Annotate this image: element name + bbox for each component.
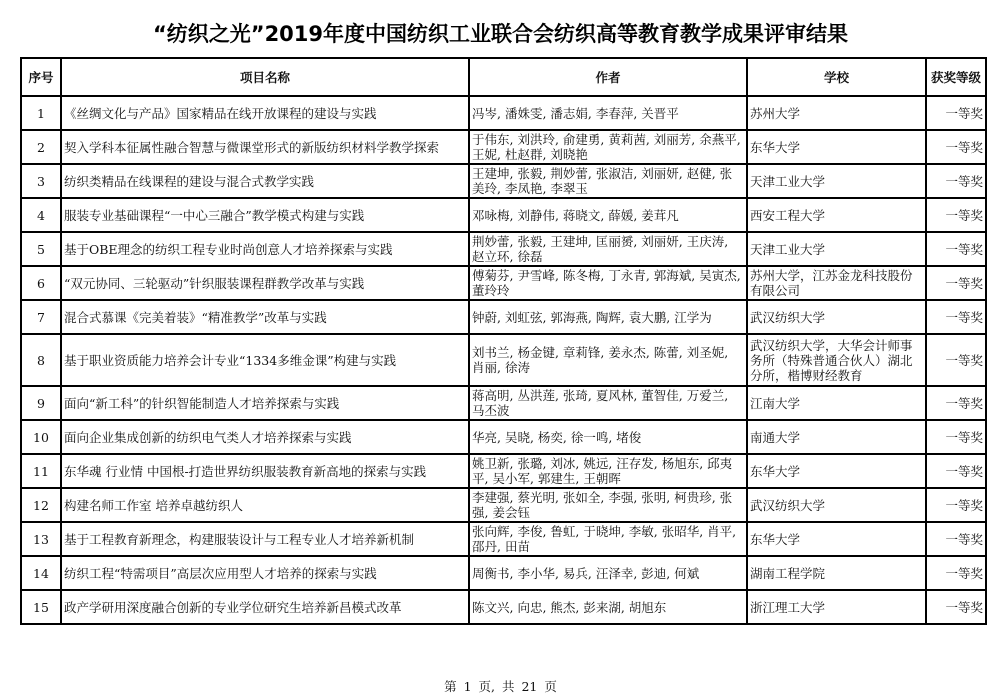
cell-award: 一等奖 bbox=[926, 198, 986, 232]
table-row: 13 基于工程教育新理念，构建服装设计与工程专业人才培养新机制 张向辉, 李俊,… bbox=[21, 522, 986, 556]
cell-authors: 刘书兰, 杨金键, 章莉锋, 姜永杰, 陈蕾, 刘圣妮, 肖丽, 徐涛 bbox=[469, 334, 747, 386]
cell-school: 东华大学 bbox=[747, 454, 926, 488]
table-row: 1 《丝绸文化与产品》国家精品在线开放课程的建设与实践 冯岑, 潘姝雯, 潘志娟… bbox=[21, 96, 986, 130]
cell-authors: 邓咏梅, 刘静伟, 蒋晓文, 薛媛, 姜茸凡 bbox=[469, 198, 747, 232]
table-row: 14 纺织工程“特需项目”高层次应用型人才培养的探索与实践 周衡书, 李小华, … bbox=[21, 556, 986, 590]
page-pagination: 第 1 页, 共 21 页 bbox=[0, 677, 1001, 695]
cell-project: 纺织工程“特需项目”高层次应用型人才培养的探索与实践 bbox=[61, 556, 469, 590]
cell-school: 天津工业大学 bbox=[747, 164, 926, 198]
cell-authors: 冯岑, 潘姝雯, 潘志娟, 李春萍, 关晋平 bbox=[469, 96, 747, 130]
cell-no: 5 bbox=[21, 232, 61, 266]
cell-award: 一等奖 bbox=[926, 164, 986, 198]
cell-no: 14 bbox=[21, 556, 61, 590]
cell-award: 一等奖 bbox=[926, 590, 986, 624]
cell-no: 1 bbox=[21, 96, 61, 130]
table-row: 3 纺织类精品在线课程的建设与混合式教学实践 王建坤, 张毅, 荆妙蕾, 张淑洁… bbox=[21, 164, 986, 198]
cell-school: 南通大学 bbox=[747, 420, 926, 454]
table-row: 7 混合式慕课《完美着装》“精准教学”改革与实践 钟蔚, 刘虹弦, 郭海燕, 陶… bbox=[21, 300, 986, 334]
cell-project: 基于OBE理念的纺织工程专业时尚创意人才培养探索与实践 bbox=[61, 232, 469, 266]
cell-school: 苏州大学，江苏金龙科技股份有限公司 bbox=[747, 266, 926, 300]
cell-authors: 周衡书, 李小华, 易兵, 汪泽幸, 彭迪, 何斌 bbox=[469, 556, 747, 590]
cell-authors: 王建坤, 张毅, 荆妙蕾, 张淑洁, 刘丽妍, 赵健, 张美玲, 李凤艳, 李翠… bbox=[469, 164, 747, 198]
cell-award: 一等奖 bbox=[926, 420, 986, 454]
cell-award: 一等奖 bbox=[926, 130, 986, 164]
cell-school: 浙江理工大学 bbox=[747, 590, 926, 624]
cell-authors: 陈文兴, 向忠, 熊杰, 彭来湖, 胡旭东 bbox=[469, 590, 747, 624]
cell-award: 一等奖 bbox=[926, 386, 986, 420]
cell-award: 一等奖 bbox=[926, 96, 986, 130]
cell-award: 一等奖 bbox=[926, 334, 986, 386]
cell-authors: 李建强, 蔡光明, 张如全, 李强, 张明, 柯贵珍, 张强, 姜会钰 bbox=[469, 488, 747, 522]
cell-school: 湖南工程学院 bbox=[747, 556, 926, 590]
table-row: 4 服装专业基础课程“一中心三融合”教学模式构建与实践 邓咏梅, 刘静伟, 蒋晓… bbox=[21, 198, 986, 232]
cell-project: 契入学科本征属性融合智慧与微课堂形式的新版纺织材料学教学探索 bbox=[61, 130, 469, 164]
table-row: 2 契入学科本征属性融合智慧与微课堂形式的新版纺织材料学教学探索 于伟东, 刘洪… bbox=[21, 130, 986, 164]
cell-authors: 钟蔚, 刘虹弦, 郭海燕, 陶辉, 袁大鹏, 江学为 bbox=[469, 300, 747, 334]
cell-authors: 于伟东, 刘洪玲, 俞建勇, 黄莉茜, 刘丽芳, 余燕平, 王妮, 杜赵群, 刘… bbox=[469, 130, 747, 164]
table-header-row: 序号 项目名称 作者 学校 获奖等级 bbox=[21, 58, 986, 96]
cell-no: 3 bbox=[21, 164, 61, 198]
cell-school: 西安工程大学 bbox=[747, 198, 926, 232]
cell-authors: 蒋高明, 丛洪莲, 张琦, 夏风林, 董智佳, 万爱兰, 马丕波 bbox=[469, 386, 747, 420]
cell-award: 一等奖 bbox=[926, 266, 986, 300]
cell-project: “双元协同、三轮驱动”针织服装课程群教学改革与实践 bbox=[61, 266, 469, 300]
cell-project: 《丝绸文化与产品》国家精品在线开放课程的建设与实践 bbox=[61, 96, 469, 130]
table-row: 9 面向“新工科”的针织智能制造人才培养探索与实践 蒋高明, 丛洪莲, 张琦, … bbox=[21, 386, 986, 420]
cell-school: 东华大学 bbox=[747, 130, 926, 164]
cell-no: 4 bbox=[21, 198, 61, 232]
cell-no: 6 bbox=[21, 266, 61, 300]
cell-no: 11 bbox=[21, 454, 61, 488]
table-row: 11 东华魂 行业情 中国根-打造世界纺织服装教育新高地的探索与实践 姚卫新, … bbox=[21, 454, 986, 488]
cell-no: 10 bbox=[21, 420, 61, 454]
cell-authors: 华亮, 吴晓, 杨奕, 徐一鸣, 堵俊 bbox=[469, 420, 747, 454]
cell-school: 武汉纺织大学 bbox=[747, 300, 926, 334]
header-project: 项目名称 bbox=[61, 58, 469, 96]
cell-project: 服装专业基础课程“一中心三融合”教学模式构建与实践 bbox=[61, 198, 469, 232]
cell-no: 13 bbox=[21, 522, 61, 556]
cell-project: 构建名师工作室 培养卓越纺织人 bbox=[61, 488, 469, 522]
cell-project: 面向企业集成创新的纺织电气类人才培养探索与实践 bbox=[61, 420, 469, 454]
header-no: 序号 bbox=[21, 58, 61, 96]
results-table: 序号 项目名称 作者 学校 获奖等级 1 《丝绸文化与产品》国家精品在线开放课程… bbox=[20, 57, 987, 625]
header-authors: 作者 bbox=[469, 58, 747, 96]
cell-project: 纺织类精品在线课程的建设与混合式教学实践 bbox=[61, 164, 469, 198]
cell-award: 一等奖 bbox=[926, 556, 986, 590]
cell-school: 江南大学 bbox=[747, 386, 926, 420]
cell-no: 12 bbox=[21, 488, 61, 522]
cell-no: 7 bbox=[21, 300, 61, 334]
cell-authors: 姚卫新, 张璐, 刘冰, 姚远, 汪存发, 杨旭东, 邱夷平, 吴小军, 郭建生… bbox=[469, 454, 747, 488]
cell-project: 东华魂 行业情 中国根-打造世界纺织服装教育新高地的探索与实践 bbox=[61, 454, 469, 488]
cell-authors: 张向辉, 李俊, 鲁虹, 于晓坤, 李敏, 张昭华, 肖平, 邵丹, 田苗 bbox=[469, 522, 747, 556]
cell-school: 武汉纺织大学，大华会计师事务所（特殊普通合伙人）湖北分所，楷博财经教育 bbox=[747, 334, 926, 386]
cell-no: 9 bbox=[21, 386, 61, 420]
cell-project: 面向“新工科”的针织智能制造人才培养探索与实践 bbox=[61, 386, 469, 420]
table-row: 10 面向企业集成创新的纺织电气类人才培养探索与实践 华亮, 吴晓, 杨奕, 徐… bbox=[21, 420, 986, 454]
table-row: 6 “双元协同、三轮驱动”针织服装课程群教学改革与实践 傅菊芬, 尹雪峰, 陈冬… bbox=[21, 266, 986, 300]
cell-school: 东华大学 bbox=[747, 522, 926, 556]
cell-project: 基于工程教育新理念，构建服装设计与工程专业人才培养新机制 bbox=[61, 522, 469, 556]
cell-no: 2 bbox=[21, 130, 61, 164]
cell-award: 一等奖 bbox=[926, 522, 986, 556]
cell-award: 一等奖 bbox=[926, 454, 986, 488]
cell-authors: 傅菊芬, 尹雪峰, 陈冬梅, 丁永青, 郭海斌, 吴寅杰, 董玲玲 bbox=[469, 266, 747, 300]
cell-school: 天津工业大学 bbox=[747, 232, 926, 266]
cell-school: 苏州大学 bbox=[747, 96, 926, 130]
cell-project: 基于职业资质能力培养会计专业“1334多维金课”构建与实践 bbox=[61, 334, 469, 386]
header-award: 获奖等级 bbox=[926, 58, 986, 96]
table-row: 12 构建名师工作室 培养卓越纺织人 李建强, 蔡光明, 张如全, 李强, 张明… bbox=[21, 488, 986, 522]
page-title: “纺织之光”2019年度中国纺织工业联合会纺织高等教育教学成果评审结果 bbox=[0, 18, 1001, 48]
header-school: 学校 bbox=[747, 58, 926, 96]
cell-authors: 荆妙蕾, 张毅, 王建坤, 匡丽赟, 刘丽妍, 王庆涛, 赵立环, 徐磊 bbox=[469, 232, 747, 266]
cell-award: 一等奖 bbox=[926, 300, 986, 334]
cell-project: 政产学研用深度融合创新的专业学位研究生培养新昌模式改革 bbox=[61, 590, 469, 624]
table-row: 8 基于职业资质能力培养会计专业“1334多维金课”构建与实践 刘书兰, 杨金键… bbox=[21, 334, 986, 386]
table-row: 5 基于OBE理念的纺织工程专业时尚创意人才培养探索与实践 荆妙蕾, 张毅, 王… bbox=[21, 232, 986, 266]
cell-award: 一等奖 bbox=[926, 488, 986, 522]
table-row: 15 政产学研用深度融合创新的专业学位研究生培养新昌模式改革 陈文兴, 向忠, … bbox=[21, 590, 986, 624]
cell-award: 一等奖 bbox=[926, 232, 986, 266]
cell-project: 混合式慕课《完美着装》“精准教学”改革与实践 bbox=[61, 300, 469, 334]
cell-no: 8 bbox=[21, 334, 61, 386]
cell-no: 15 bbox=[21, 590, 61, 624]
cell-school: 武汉纺织大学 bbox=[747, 488, 926, 522]
